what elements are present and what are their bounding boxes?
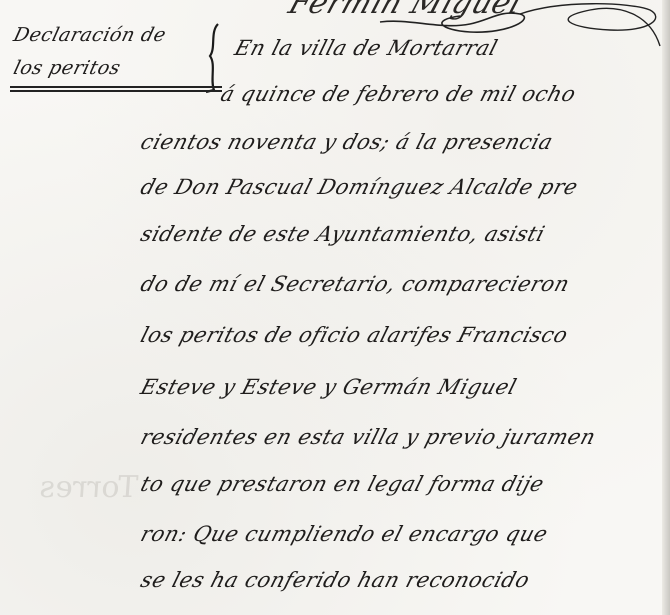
body-line-9: residentes en esta villa y previo jurame… — [138, 425, 599, 449]
body-line-10: to que prestaron en legal forma dije — [138, 472, 547, 496]
margin-title-line-2: los peritos — [11, 57, 123, 79]
body-line-12: se les ha conferido han reconocido — [138, 568, 533, 592]
body-line-1: En la villa de Mortarral — [232, 36, 501, 60]
margin-brace-icon — [204, 22, 224, 94]
body-line-8: Esteve y Esteve y Germán Miguel — [138, 375, 520, 399]
body-line-4: de Don Pascual Domínguez Alcalde pre — [138, 175, 581, 199]
body-line-11: ron: Que cumpliendo el encargo que — [138, 522, 551, 546]
margin-title-line-1: Declaración de — [11, 24, 168, 46]
page-edge-shadow — [662, 0, 670, 615]
body-line-2: á quince de febrero de mil ocho — [218, 82, 579, 106]
body-line-3: cientos noventa y dos; á la presencia — [138, 130, 556, 154]
bleed-through-text: Torres — [35, 470, 142, 505]
manuscript-page: Torres Fermín Miguel Declaración de los … — [0, 0, 670, 615]
body-line-5: sidente de este Ayuntamiento, asisti — [138, 222, 548, 246]
body-line-7: los peritos de oficio alarifes Francisco — [138, 323, 571, 347]
body-line-6: do de mí el Secretario, comparecieron — [138, 272, 572, 296]
margin-underline — [10, 86, 222, 92]
